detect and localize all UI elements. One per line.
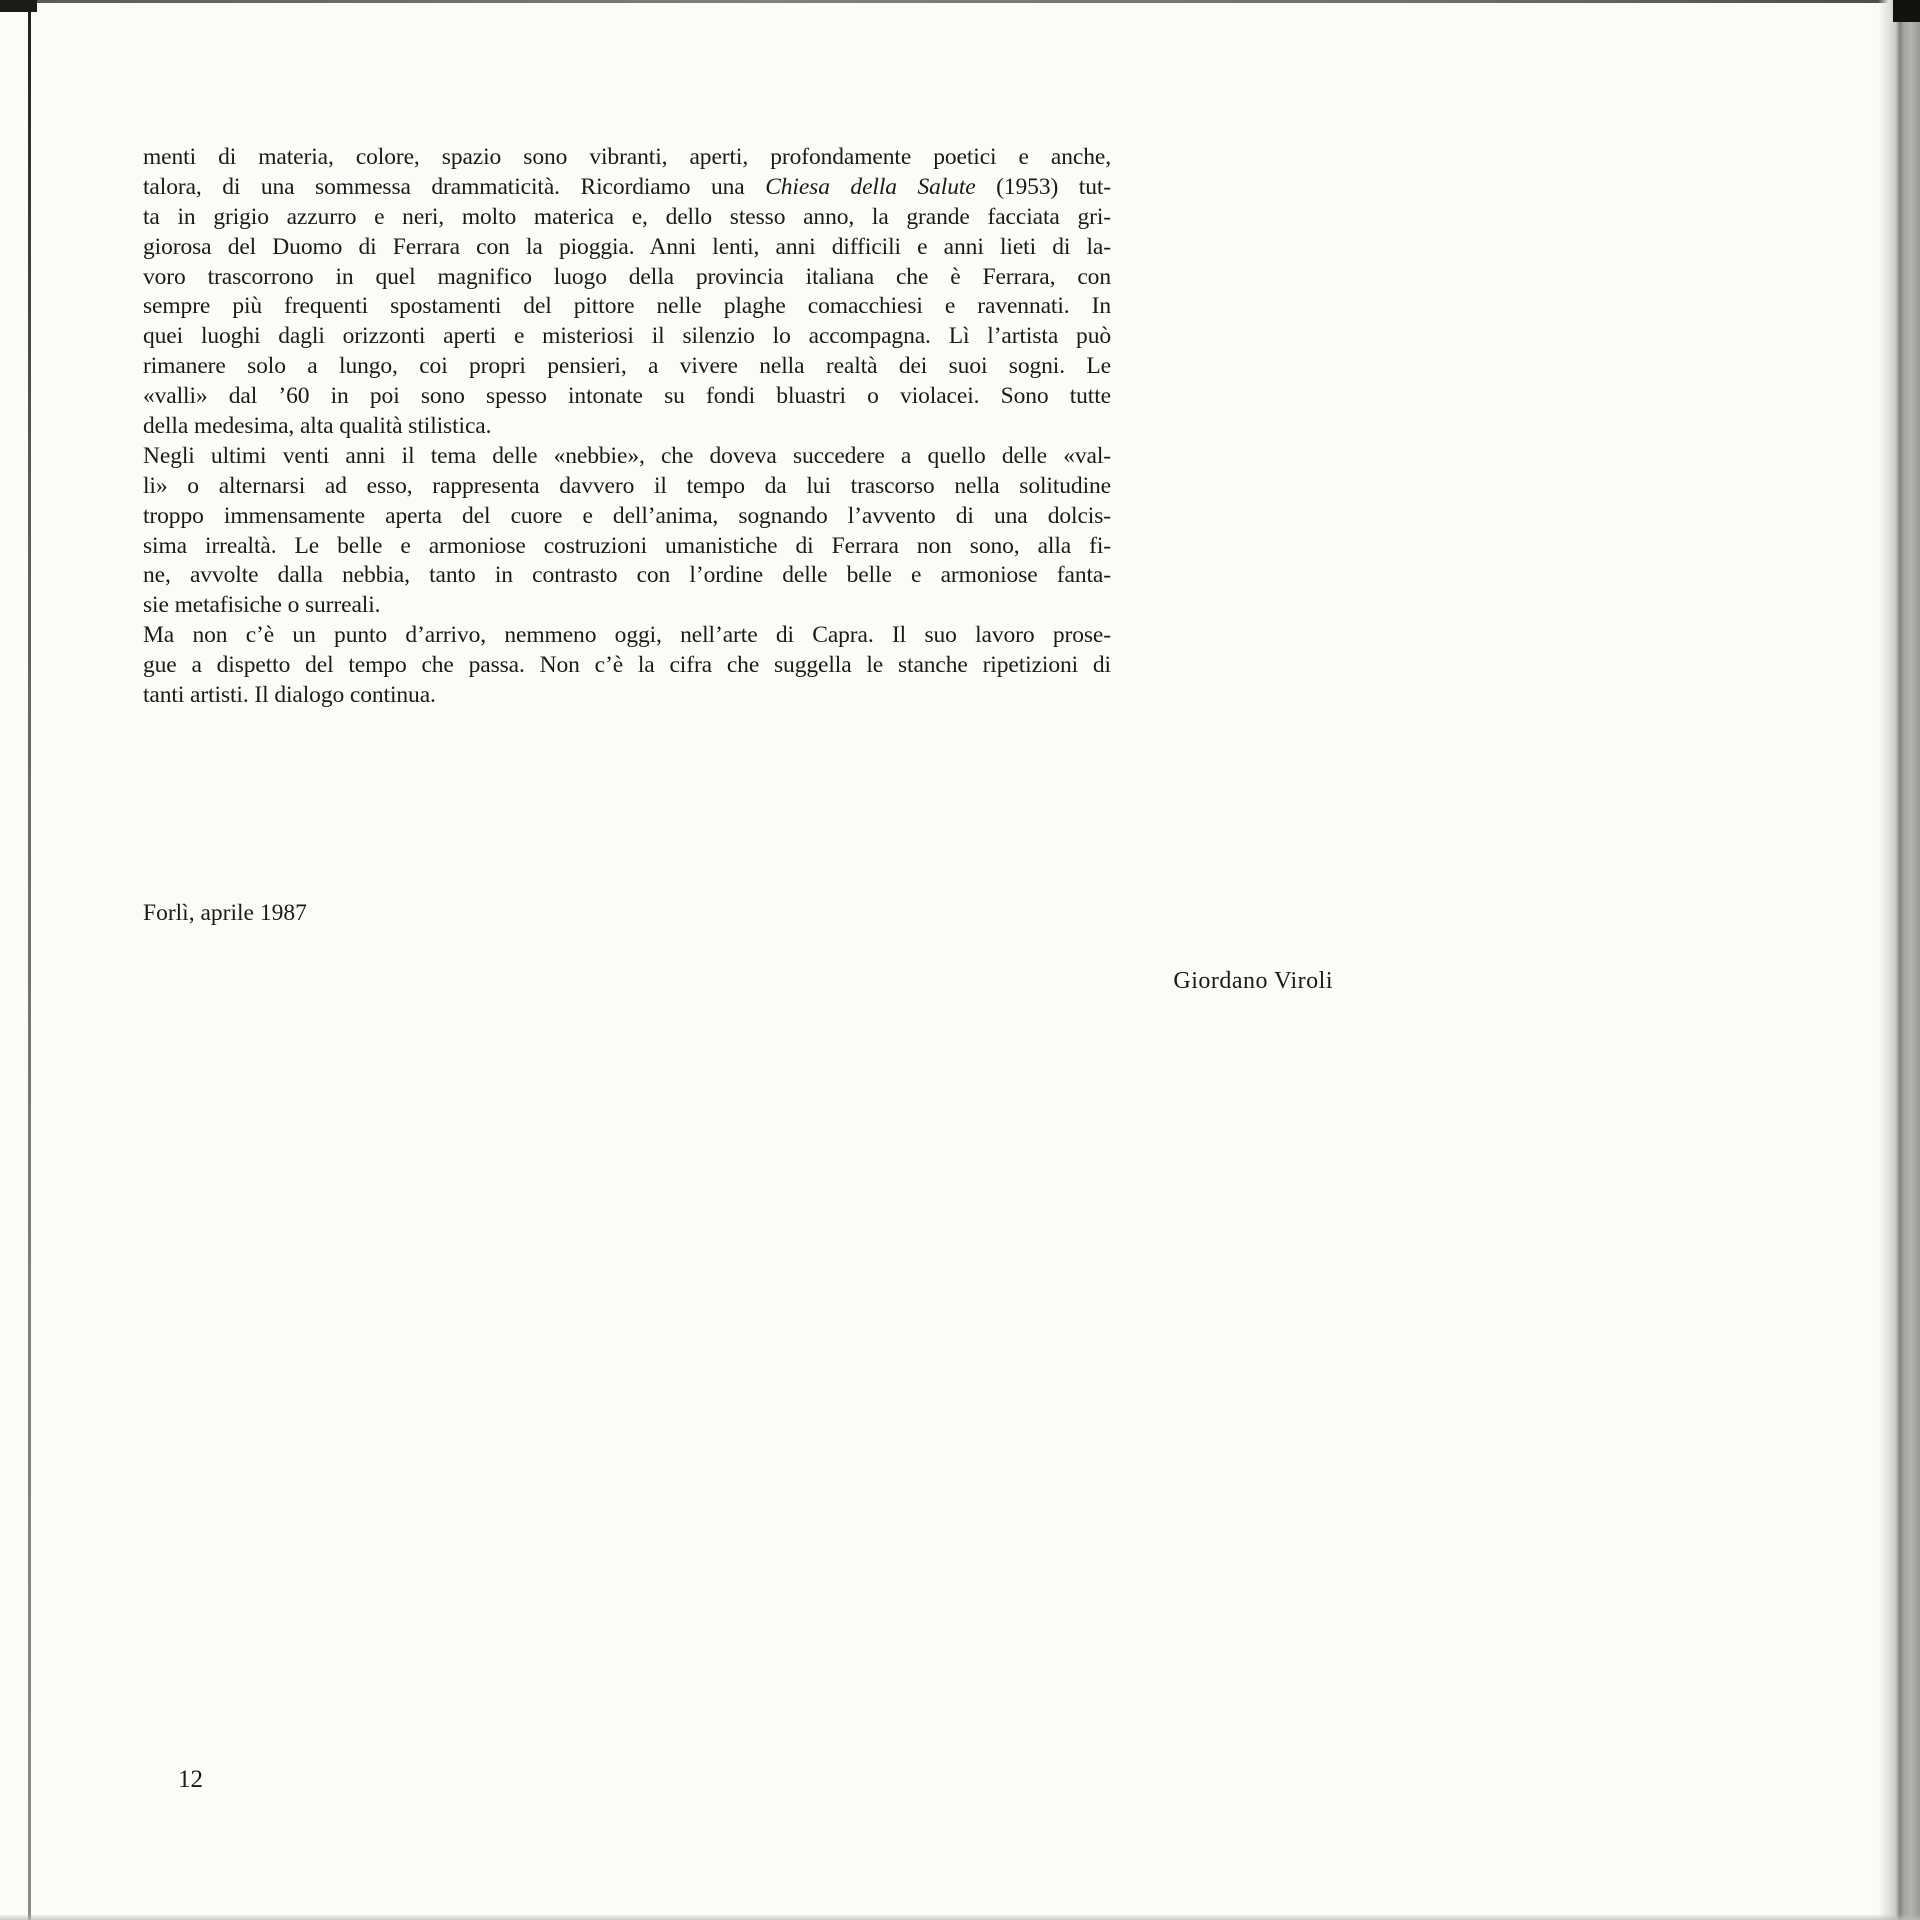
text-line: rimanere solo a lungo, coi propri pensie… bbox=[143, 352, 1111, 382]
text-segment: ta in grigio azzurro e neri, molto mater… bbox=[143, 204, 1111, 230]
text-segment: sima irrealtà. Le belle e armoniose cost… bbox=[143, 533, 1111, 559]
text-segment: Negli ultimi venti anni il tema delle «n… bbox=[143, 443, 1111, 469]
text-line: li» o alternarsi ad esso, rappresenta da… bbox=[143, 472, 1111, 502]
text-line: sie metafisiche o surreali. bbox=[143, 591, 1111, 621]
text-segment: ne, avvolte dalla nebbia, tanto in contr… bbox=[143, 562, 1111, 588]
text-segment: quei luoghi dagli orizzonti aperti e mis… bbox=[143, 323, 1111, 349]
text-segment: «valli» dal ’60 in poi sono spesso inton… bbox=[143, 383, 1111, 409]
text-segment: della medesima, alta qualità stilistica. bbox=[143, 413, 491, 439]
dateline: Forlì, aprile 1987 bbox=[143, 900, 307, 927]
text-segment: rimanere solo a lungo, coi propri pensie… bbox=[143, 353, 1111, 379]
scan-right-page-edge bbox=[1878, 0, 1920, 1920]
text-line: ta in grigio azzurro e neri, molto mater… bbox=[143, 203, 1111, 233]
scan-top-right-mark bbox=[1893, 0, 1920, 22]
author-signature: Giordano Viroli bbox=[900, 968, 1333, 995]
text-segment: gue a dispetto del tempo che passa. Non … bbox=[143, 652, 1111, 678]
text-segment: tanti artisti. Il dialogo continua. bbox=[143, 682, 436, 708]
text-line: quei luoghi dagli orizzonti aperti e mis… bbox=[143, 322, 1111, 352]
text-line: troppo immensamente aperta del cuore e d… bbox=[143, 502, 1111, 532]
scan-bottom-edge bbox=[0, 1914, 1920, 1920]
text-line: voro trascorrono in quel magnifico luogo… bbox=[143, 263, 1111, 293]
text-line: talora, di una sommessa drammaticità. Ri… bbox=[143, 173, 1111, 203]
text-segment: Ma non c’è un punto d’arrivo, nemmeno og… bbox=[143, 622, 1111, 648]
text-segment: giorosa del Duomo di Ferrara con la piog… bbox=[143, 234, 1111, 260]
scan-top-edge bbox=[0, 0, 1920, 3]
text-segment: talora, di una sommessa drammaticità. Ri… bbox=[143, 174, 765, 200]
text-line: Ma non c’è un punto d’arrivo, nemmeno og… bbox=[143, 621, 1111, 651]
italic-text: Chiesa della Salute bbox=[765, 174, 975, 200]
text-line: sempre più frequenti spostamenti del pit… bbox=[143, 292, 1111, 322]
text-line: ne, avvolte dalla nebbia, tanto in contr… bbox=[143, 561, 1111, 591]
scan-left-gutter-line bbox=[28, 0, 31, 1920]
text-segment: troppo immensamente aperta del cuore e d… bbox=[143, 503, 1111, 529]
text-segment: (1953) tut- bbox=[976, 174, 1111, 200]
text-line: gue a dispetto del tempo che passa. Non … bbox=[143, 651, 1111, 681]
main-text: menti di materia, colore, spazio sono vi… bbox=[143, 143, 1111, 711]
text-line: Negli ultimi venti anni il tema delle «n… bbox=[143, 442, 1111, 472]
text-line: menti di materia, colore, spazio sono vi… bbox=[143, 143, 1111, 173]
scan-top-left-mark bbox=[0, 0, 37, 12]
text-segment: voro trascorrono in quel magnifico luogo… bbox=[143, 264, 1111, 290]
text-segment: li» o alternarsi ad esso, rappresenta da… bbox=[143, 473, 1111, 499]
text-line: della medesima, alta qualità stilistica. bbox=[143, 412, 1111, 442]
text-segment: sempre più frequenti spostamenti del pit… bbox=[143, 293, 1111, 319]
text-segment: sie metafisiche o surreali. bbox=[143, 592, 380, 618]
text-segment: menti di materia, colore, spazio sono vi… bbox=[143, 144, 1111, 170]
page-number: 12 bbox=[178, 1766, 203, 1794]
book-page: menti di materia, colore, spazio sono vi… bbox=[0, 0, 1920, 1920]
text-line: «valli» dal ’60 in poi sono spesso inton… bbox=[143, 382, 1111, 412]
text-line: tanti artisti. Il dialogo continua. bbox=[143, 681, 1111, 711]
text-line: giorosa del Duomo di Ferrara con la piog… bbox=[143, 233, 1111, 263]
text-line: sima irrealtà. Le belle e armoniose cost… bbox=[143, 532, 1111, 562]
